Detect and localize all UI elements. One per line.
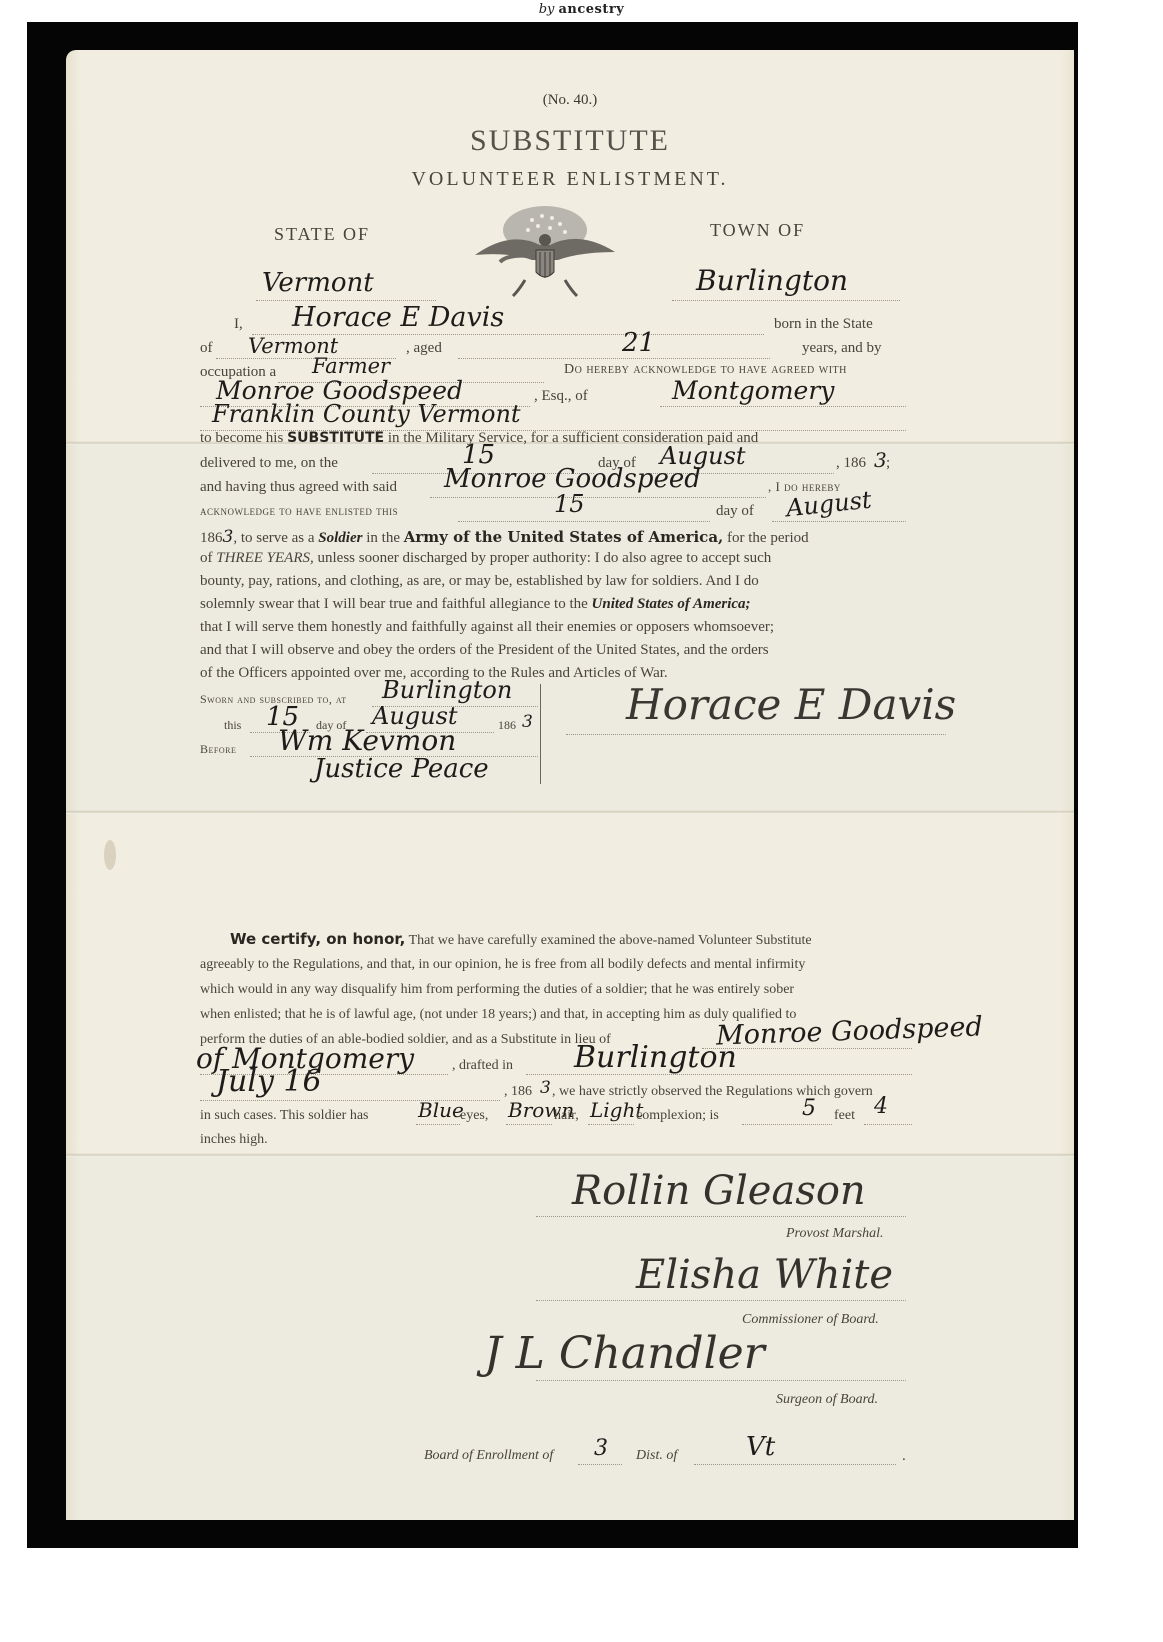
- officer-name: Wm Kevmon: [278, 724, 456, 757]
- document-subtitle: VOLUNTEER ENLISTMENT.: [66, 168, 1074, 191]
- oath-bracket: [540, 684, 541, 784]
- label-year-186: , 186: [836, 455, 866, 472]
- document-title: SUBSTITUTE: [66, 124, 1074, 158]
- paid-year-digit: 3: [874, 448, 887, 472]
- substitute-bold: SUBSTITUTE: [287, 430, 384, 446]
- district-state-line: [694, 1464, 896, 1465]
- certification-line-4: when enlisted; that he is of lawful age,…: [200, 1007, 796, 1023]
- town-label: TOWN OF: [710, 220, 805, 241]
- eyes-line: [416, 1124, 460, 1125]
- form-number: (No. 40.): [66, 92, 1074, 109]
- label-drafted: , drafted in: [452, 1058, 513, 1074]
- label-soldier-has: in such cases. This soldier has: [200, 1108, 369, 1124]
- surgeon-signature-line: [536, 1380, 906, 1381]
- district-number: 3: [594, 1436, 608, 1461]
- provost-signature: Rollin Gleason: [572, 1168, 866, 1214]
- label-this: this: [224, 718, 241, 733]
- town-field-line: [672, 300, 900, 301]
- complexion-line: [588, 1124, 634, 1125]
- agreement-line-7: bounty, pay, rations, and clothing, as a…: [200, 573, 759, 590]
- certification-line-1: We certify, on honor, That we have caref…: [230, 930, 812, 949]
- enlistee-signature: Horace E Davis: [626, 680, 956, 729]
- label-of: of: [200, 340, 213, 357]
- state-field-line: [256, 300, 436, 301]
- hair-line: [506, 1124, 552, 1125]
- fold-line: [66, 810, 1074, 814]
- label-esq: , Esq., of: [534, 388, 588, 405]
- occupation-value: Farmer: [312, 354, 390, 378]
- label-years: years, and by: [802, 340, 882, 357]
- army-blackletter: Army of the United States of America,: [404, 528, 724, 546]
- enlistee-signature-line: [566, 734, 946, 735]
- enlist-day-line: [458, 521, 710, 522]
- officer-title: Justice Peace: [314, 754, 489, 784]
- enlistee-name: Horace E Davis: [292, 302, 504, 333]
- sworn-year-digit: 3: [522, 712, 533, 732]
- commissioner-signature: Elisha White: [636, 1252, 893, 1298]
- district-number-line: [578, 1464, 622, 1465]
- age-value: 21: [622, 328, 655, 358]
- commissioner-signature-line: [536, 1300, 906, 1301]
- age-field-line: [458, 358, 770, 359]
- ancestry-watermark: by ancestry: [0, 2, 1163, 17]
- agreed-with-line: [430, 497, 766, 498]
- label-board-enrollment: Board of Enrollment of: [424, 1448, 553, 1464]
- draft-date: July 16: [216, 1064, 322, 1099]
- label-year-oath: 186: [498, 718, 516, 733]
- enlist-year-digit: 3: [223, 527, 234, 547]
- certification-line-2: agreeably to the Regulations, and that, …: [200, 957, 805, 973]
- label-acknowledge-enlisted: acknowledge to have enlisted this: [200, 503, 398, 519]
- label-dist-of: Dist. of: [636, 1448, 677, 1464]
- height-feet: 5: [802, 1096, 816, 1121]
- label-delivered: delivered to me, on the: [200, 455, 338, 472]
- drafted-in: Burlington: [574, 1040, 737, 1075]
- footer-period: .: [902, 1448, 906, 1465]
- united-states-bold: United States of America;: [592, 596, 751, 612]
- label-i: I,: [234, 316, 243, 333]
- state-value: Vermont: [262, 268, 374, 298]
- certify-bold: We certify, on honor,: [230, 930, 405, 948]
- enlistment-document: (No. 40.) SUBSTITUTE VOLUNTEER ENLISTMEN…: [66, 50, 1074, 1520]
- provost-signature-line: [536, 1216, 906, 1217]
- commissioner-title: Commissioner of Board.: [742, 1312, 879, 1328]
- inches-line: [864, 1124, 912, 1125]
- principal-county: Franklin County Vermont: [212, 400, 521, 428]
- watermark-brand: ancestry: [559, 2, 625, 17]
- agreement-line-9: that I will serve them honestly and fait…: [200, 619, 774, 636]
- label-before: Before: [200, 742, 236, 757]
- principal-town: Montgomery: [672, 376, 834, 405]
- surgeon-signature: J L Chandler: [484, 1328, 765, 1379]
- label-complexion: complexion; is: [636, 1108, 719, 1124]
- enlist-day: 15: [554, 490, 585, 518]
- label-feet: feet: [834, 1108, 855, 1124]
- label-inches-high: inches high.: [200, 1132, 268, 1148]
- feet-line: [742, 1124, 832, 1125]
- sworn-place: Burlington: [382, 676, 512, 704]
- district-state: Vt: [746, 1432, 775, 1462]
- height-inches: 4: [874, 1094, 888, 1119]
- label-eyes: eyes,: [460, 1108, 488, 1124]
- paper-stain: [104, 840, 116, 870]
- agreement-line-6: of THREE YEARS, unless sooner discharged…: [200, 550, 771, 567]
- principal-town-line: [660, 406, 906, 407]
- eagle-icon: [470, 200, 620, 300]
- agreement-line-8: solemnly swear that I will bear true and…: [200, 596, 751, 613]
- soldier-bold: Soldier: [318, 530, 362, 546]
- three-years: THREE YEARS,: [216, 550, 314, 566]
- surgeon-title: Surgeon of Board.: [776, 1392, 878, 1408]
- agreement-line-10: and that I will observe and obey the ord…: [200, 642, 769, 659]
- provost-title: Provost Marshal.: [786, 1226, 883, 1242]
- state-label: STATE OF: [274, 224, 370, 245]
- agreement-line-5: 1863, to serve as a Soldier in the Army …: [200, 527, 809, 547]
- town-value: Burlington: [696, 264, 848, 297]
- label-hair: hair,: [554, 1108, 579, 1124]
- label-born: born in the State: [774, 316, 873, 333]
- label-agreed-with: and having thus agreed with said: [200, 479, 397, 496]
- label-day-of-2: day of: [716, 503, 754, 520]
- watermark-prefix: by: [539, 2, 555, 17]
- label-aged: , aged: [406, 340, 442, 357]
- certification-line-3: which would in any way disqualify him fr…: [200, 982, 794, 998]
- eye-color: Blue: [418, 1098, 464, 1122]
- fold-line: [66, 1153, 1074, 1157]
- semicolon: ;: [886, 455, 890, 472]
- draft-year-digit: 3: [540, 1078, 551, 1098]
- eagle-shield-emblem: [470, 200, 620, 300]
